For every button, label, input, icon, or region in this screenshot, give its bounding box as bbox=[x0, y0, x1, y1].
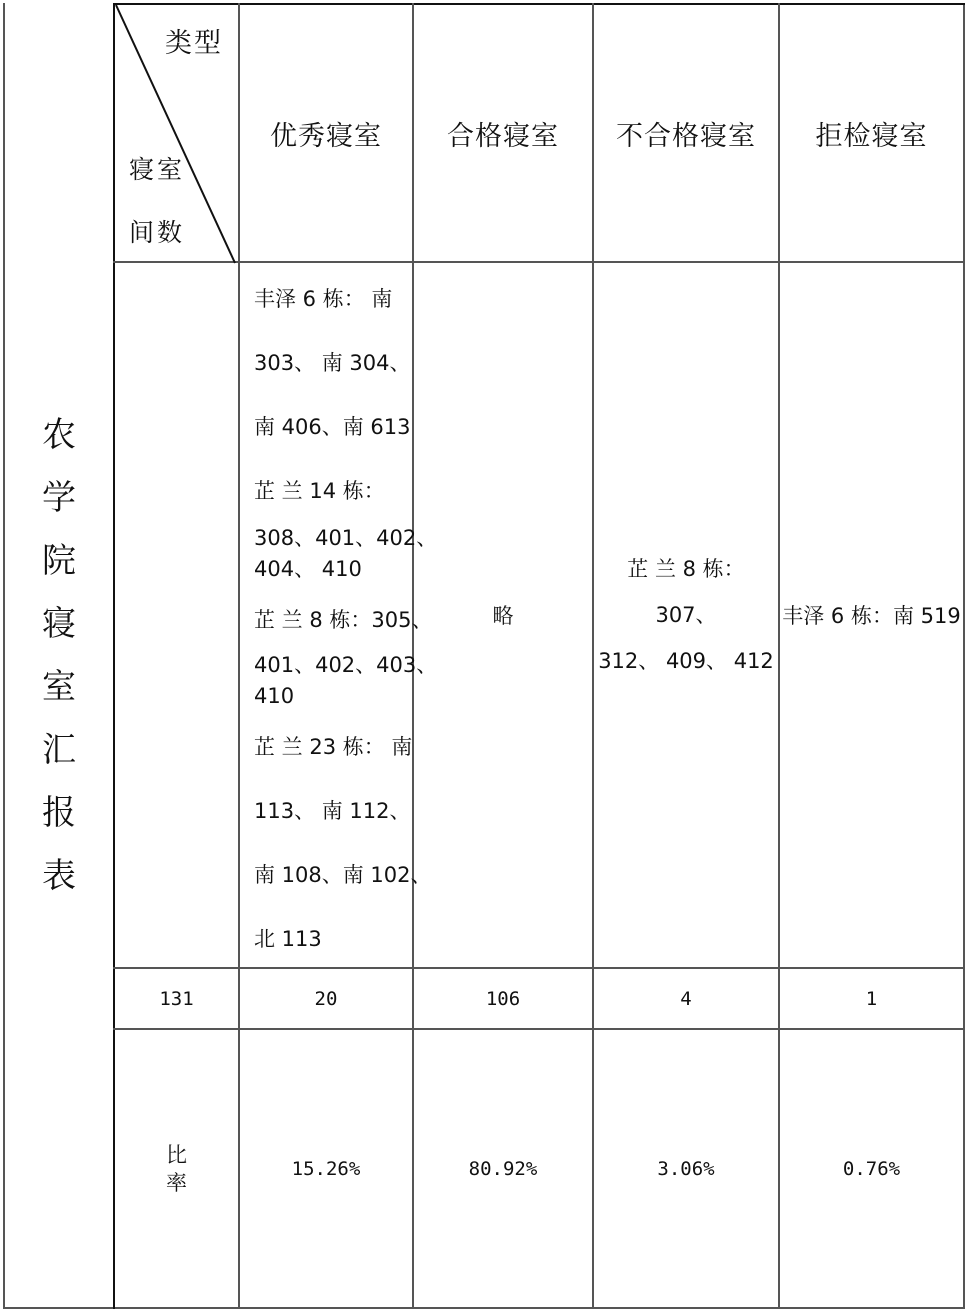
list-line: 303、 南 304、 bbox=[254, 345, 412, 409]
list-line: 南 108、南 102、 bbox=[254, 857, 412, 921]
header-excellent: 优秀寝室 bbox=[240, 5, 412, 261]
unqualified-details: 芷 兰 8 栋： 307、 312、 409、 412 bbox=[594, 263, 778, 967]
corner-count-label: 间数 bbox=[129, 213, 185, 249]
list-line: 芷 兰 14 栋： bbox=[254, 473, 412, 523]
list-line: 芷 兰 8 栋：305、 bbox=[254, 602, 412, 650]
title-char: 汇 bbox=[42, 731, 76, 769]
report-title: 农 学 院 寝 室 汇 报 表 bbox=[5, 3, 113, 1307]
header-refused: 拒检寝室 bbox=[780, 5, 963, 261]
ratio-label-char: 率 bbox=[166, 1169, 187, 1197]
unqualified-line: 312、 409、 412 bbox=[598, 638, 774, 684]
refused-details: 丰泽 6 栋：南 519 bbox=[780, 263, 963, 967]
count-qualified: 106 bbox=[414, 969, 592, 1028]
ratio-refused: 0.76% bbox=[780, 1030, 963, 1307]
title-char: 学 bbox=[42, 479, 76, 517]
ratio-qualified: 80.92% bbox=[414, 1030, 592, 1307]
excellent-room-list: 丰泽 6 栋： 南 303、 南 304、 南 406、南 613 芷 兰 14… bbox=[254, 281, 412, 985]
list-line: 401、402、403、 bbox=[254, 650, 412, 681]
list-line: 404、 410 bbox=[254, 554, 412, 602]
title-char: 农 bbox=[42, 416, 76, 454]
ratio-label: 比 率 bbox=[115, 1030, 238, 1307]
unqualified-line: 芷 兰 8 栋： 307、 bbox=[594, 546, 778, 638]
count-refused: 1 bbox=[780, 969, 963, 1028]
ratio-excellent: 15.26% bbox=[240, 1030, 412, 1307]
title-char: 院 bbox=[42, 542, 76, 580]
title-char: 表 bbox=[42, 857, 76, 895]
count-excellent: 20 bbox=[240, 969, 412, 1028]
list-line: 丰泽 6 栋： 南 bbox=[254, 281, 412, 345]
corner-rooms-label: 寝室 bbox=[129, 150, 185, 186]
ratio-unqualified: 3.06% bbox=[594, 1030, 778, 1307]
list-line: 113、 南 112、 bbox=[254, 793, 412, 857]
border-right bbox=[963, 3, 965, 1309]
header-qualified: 合格寝室 bbox=[414, 5, 592, 261]
border-bottom bbox=[3, 1307, 965, 1309]
list-line: 308、401、402、 bbox=[254, 523, 412, 554]
header-unqualified: 不合格寝室 bbox=[594, 5, 778, 261]
title-char: 寝 bbox=[42, 605, 76, 643]
ratio-label-char: 比 bbox=[166, 1141, 187, 1169]
count-total: 131 bbox=[115, 969, 238, 1028]
list-line: 南 406、南 613 bbox=[254, 409, 412, 473]
title-char: 报 bbox=[42, 794, 76, 832]
list-line: 410 bbox=[254, 681, 412, 729]
title-char: 室 bbox=[42, 668, 76, 706]
count-unqualified: 4 bbox=[594, 969, 778, 1028]
list-line: 芷 兰 23 栋： 南 bbox=[254, 729, 412, 793]
corner-type-label: 类型 bbox=[165, 21, 223, 60]
dorm-report-table: 农 学 院 寝 室 汇 报 表 类型 寝室 间数 优秀寝室 合格寝室 不合格寝室… bbox=[3, 3, 965, 1309]
qualified-details: 略 bbox=[414, 263, 592, 967]
